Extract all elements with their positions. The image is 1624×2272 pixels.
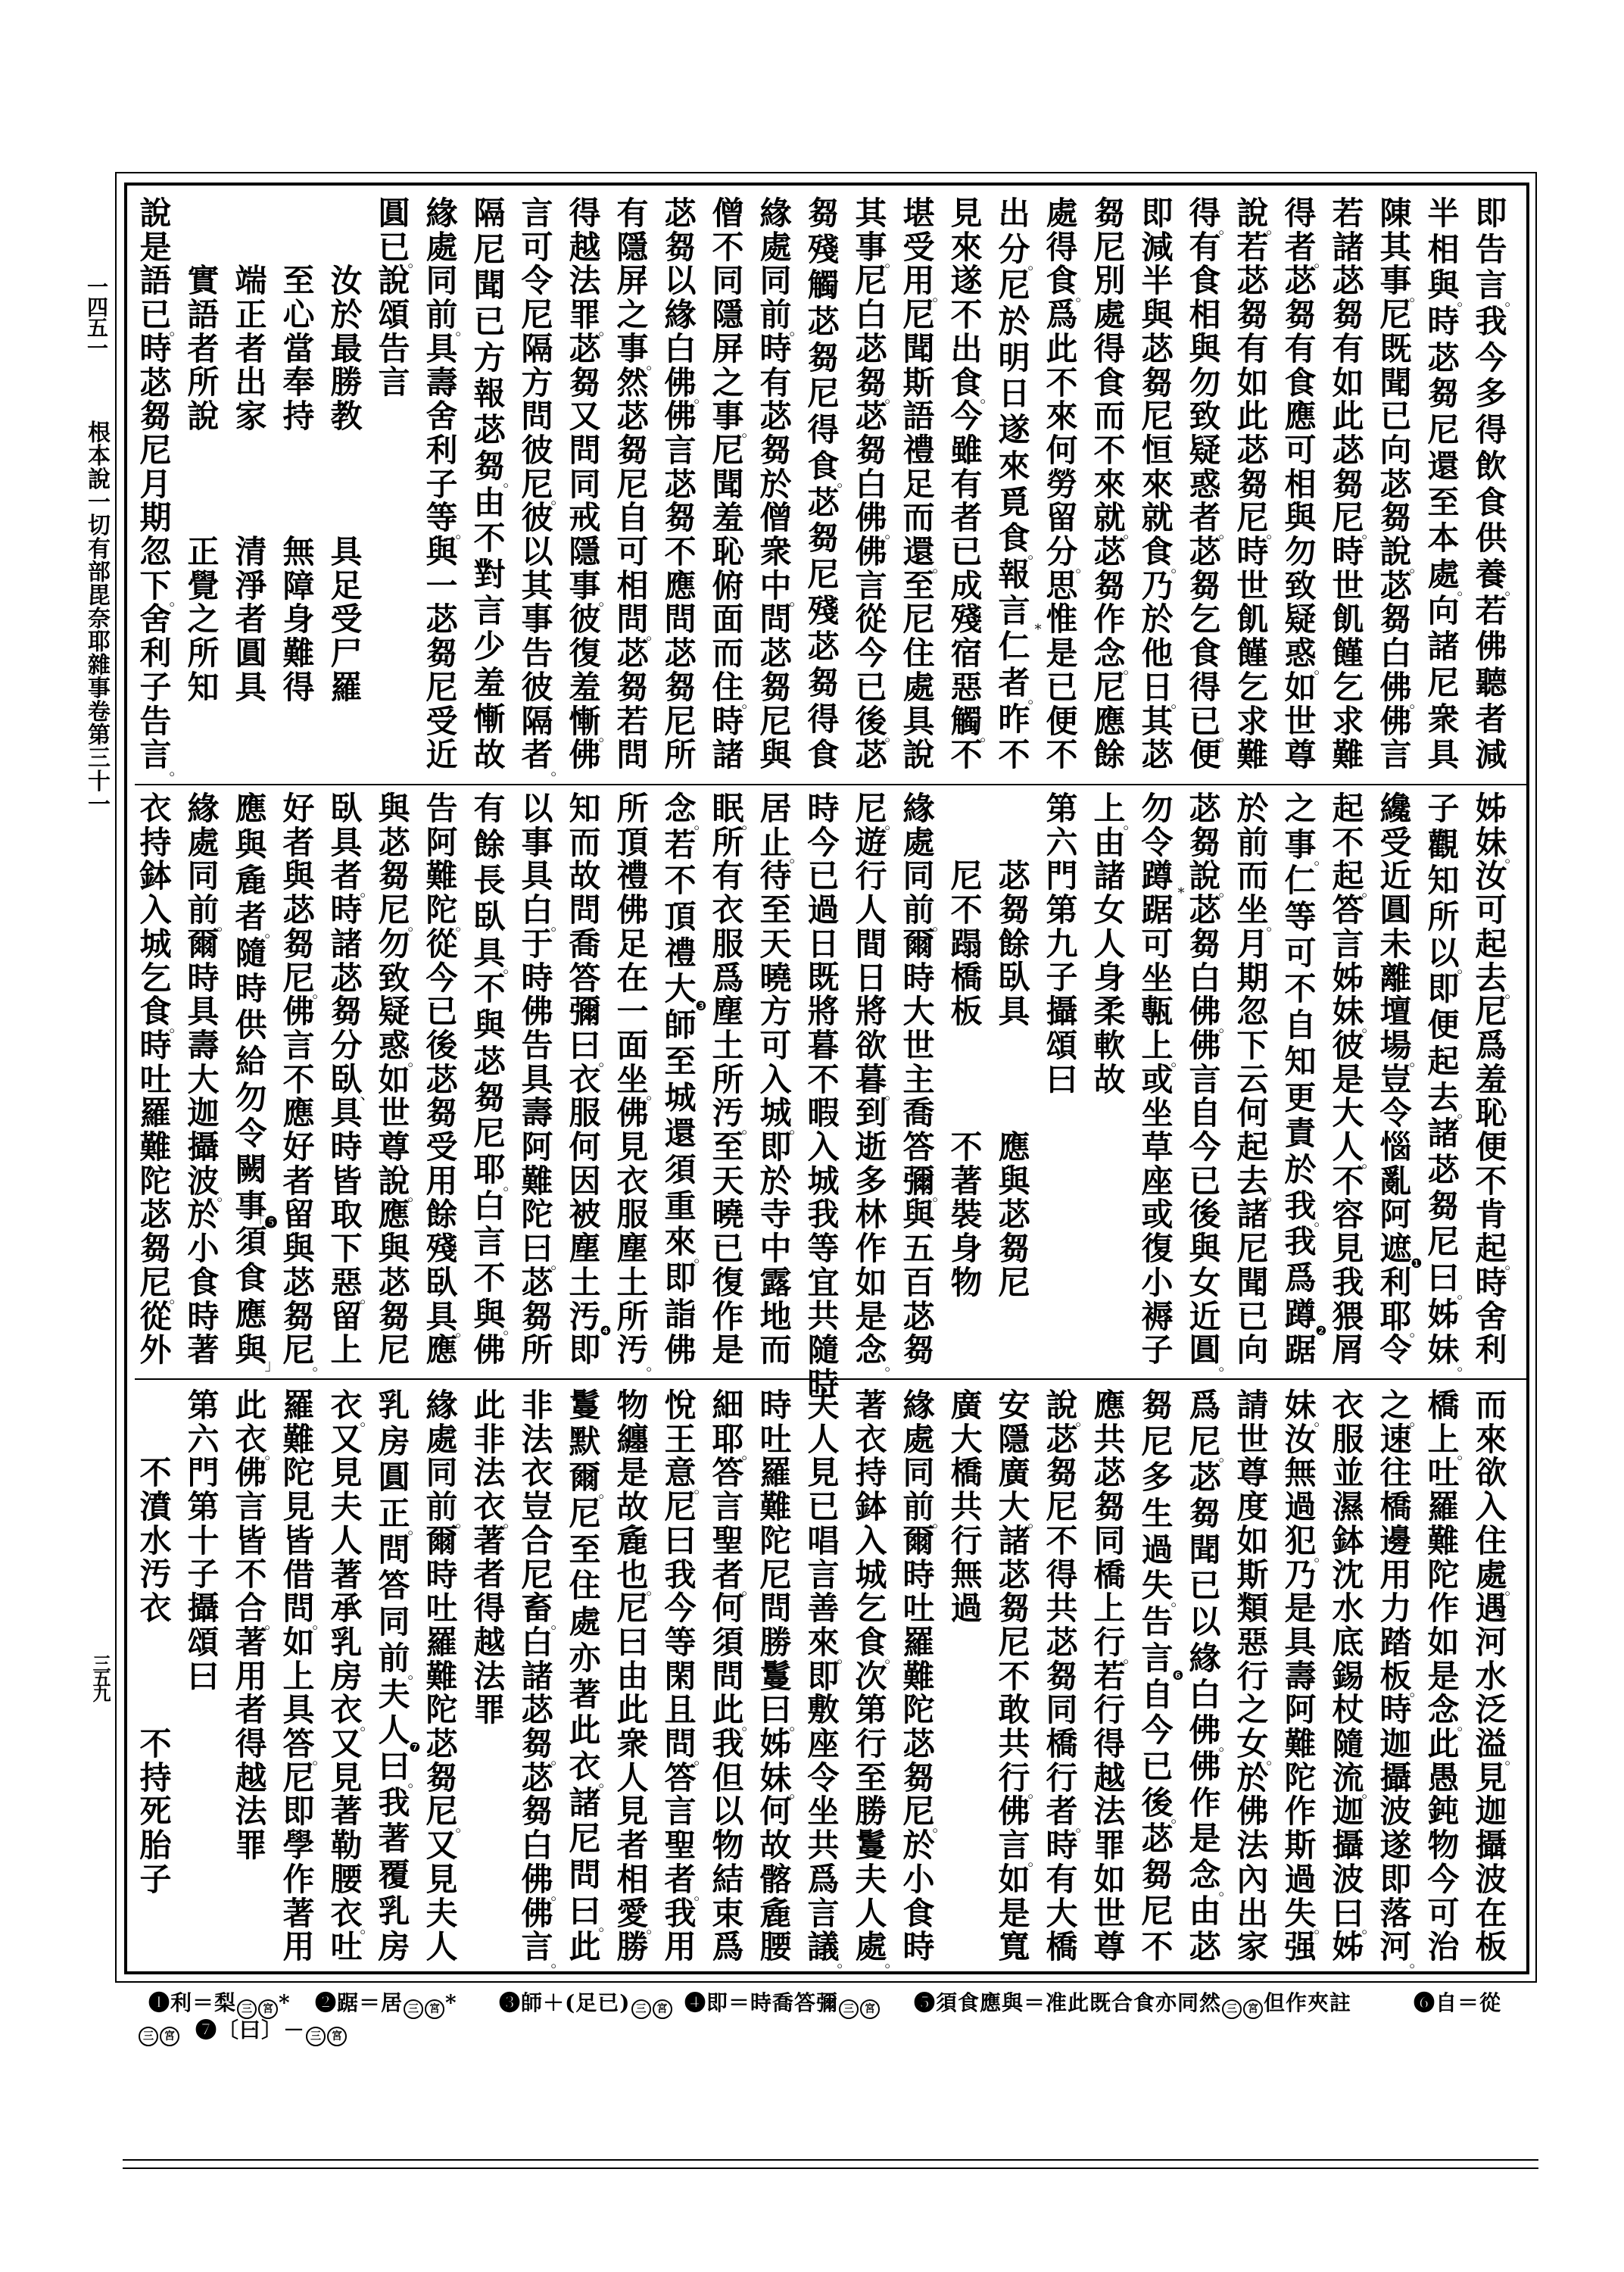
character: 阿	[520, 1131, 555, 1165]
text-column: 處得食。爲此不來何勞留分。思惟是已便不	[1038, 197, 1086, 772]
character: 佛	[854, 535, 889, 570]
character: 下	[329, 1232, 364, 1266]
character: 如	[377, 1063, 412, 1097]
character: 苾	[759, 637, 793, 671]
blank-cell	[234, 468, 269, 502]
character: 緣	[186, 792, 221, 826]
text-column: 此非法衣。著者得越法罪	[466, 1389, 513, 1965]
character: 彌。	[902, 1165, 937, 1199]
character: 方	[472, 342, 507, 376]
character: 女。	[1236, 1727, 1270, 1762]
character: 故	[759, 1829, 793, 1863]
character: 宿	[949, 637, 984, 671]
character: 問	[663, 603, 698, 637]
text-column: 緣處同前。時有苾芻於僧衆中。問苾芻尼與	[752, 197, 800, 772]
character: 乞	[1188, 603, 1223, 637]
character: 妹。	[1474, 826, 1509, 860]
character: 可	[1140, 928, 1175, 962]
character: 時	[1045, 1829, 1080, 1863]
character: 越	[1093, 1762, 1127, 1796]
character: 隔	[520, 705, 555, 739]
character: 苾	[997, 860, 1032, 894]
text-column: 於前而坐。月期忽下云何起去。諸尼聞已向	[1229, 792, 1276, 1368]
character: 遂	[997, 414, 1032, 448]
character: 曰。	[759, 1693, 793, 1727]
character: 房	[377, 1425, 412, 1459]
character: 忽	[139, 535, 173, 570]
character: 家	[234, 400, 269, 434]
punctuation-mark: 。	[170, 762, 185, 777]
character: 即	[1474, 197, 1509, 231]
character: 出	[1236, 1897, 1270, 1931]
character: 圓	[377, 197, 412, 231]
character: 與。	[1426, 269, 1461, 303]
character: 有	[1283, 332, 1318, 367]
character: 已	[425, 995, 460, 1029]
character: 殘	[425, 1232, 460, 1266]
character: 已	[1379, 400, 1414, 434]
character: 法	[568, 264, 603, 298]
character: 妹。	[759, 1762, 793, 1796]
character: 衣	[616, 1165, 650, 1199]
character: 具	[329, 1097, 364, 1131]
character: 何	[1045, 434, 1080, 468]
character: 塵	[568, 1232, 603, 1266]
character: 饉	[1331, 637, 1366, 671]
character: 以	[520, 792, 555, 826]
blank-cell	[139, 1423, 173, 1457]
page-number: 三五九	[89, 1654, 111, 1699]
character: 議。	[806, 1930, 841, 1965]
character: 耶。	[1379, 1300, 1414, 1334]
character: 尼	[902, 603, 937, 637]
character: 無	[949, 1558, 984, 1592]
character: 或	[1140, 1063, 1175, 1097]
character: 向	[1379, 434, 1414, 468]
character: 不	[663, 535, 698, 570]
character: 後。	[854, 705, 889, 739]
character: 至	[902, 570, 937, 604]
character: 麁	[234, 864, 269, 898]
character: 今	[1474, 342, 1509, 376]
character: 板	[949, 995, 984, 1029]
character: 生	[1140, 1497, 1175, 1531]
character: 雖	[949, 434, 984, 468]
character: 聞	[1188, 1534, 1223, 1568]
character: 軟	[1093, 1029, 1127, 1063]
character: 由	[1093, 826, 1127, 860]
character: 苾	[1188, 894, 1223, 928]
character: 其	[1140, 705, 1175, 739]
character: 諸	[997, 1525, 1032, 1559]
blank-cell	[186, 197, 221, 231]
character: 著	[854, 1389, 889, 1423]
character: 惑。	[377, 1029, 412, 1063]
character: 宜	[806, 1266, 841, 1300]
character: 人。	[1331, 1131, 1366, 1165]
character: 言。	[1474, 269, 1509, 303]
character: 減	[1474, 738, 1509, 772]
character: 此	[568, 1714, 603, 1748]
character: 白	[520, 1829, 555, 1863]
text-column: 見來遂不出食。今雖有者已成殘宿惡觸。不	[943, 197, 990, 772]
blank-cell	[997, 1063, 1032, 1097]
character: 苾	[1379, 468, 1414, 502]
character: 佛	[616, 1097, 650, 1131]
character: 房	[377, 1930, 412, 1965]
character: 之	[1236, 1693, 1270, 1727]
character: 城	[663, 1081, 698, 1116]
character: 勿	[234, 1081, 269, 1116]
character: 將	[854, 995, 889, 1029]
character: 作	[1188, 1787, 1223, 1821]
character: 豈	[520, 1490, 555, 1525]
character: 攝	[1474, 1829, 1509, 1863]
character: 曰。	[568, 1029, 603, 1063]
character: 等。	[425, 501, 460, 535]
character: 橋	[949, 1456, 984, 1490]
character: 與	[1283, 501, 1318, 535]
character: 有	[949, 468, 984, 502]
character: 得	[1093, 1727, 1127, 1762]
character: 已。	[1188, 705, 1223, 739]
character: 失。	[1283, 1897, 1318, 1931]
character: 住	[902, 637, 937, 671]
character: 皆	[234, 1525, 269, 1559]
character: 之	[186, 603, 221, 637]
character: 白。	[520, 894, 555, 928]
character: 取	[329, 1198, 364, 1232]
character: 出	[997, 197, 1032, 231]
character: 苾	[1426, 342, 1461, 376]
character: 越	[568, 231, 603, 265]
character: 者。	[711, 1559, 746, 1593]
character: 即	[663, 1262, 698, 1296]
character: 餘	[472, 829, 507, 863]
character: 緣	[425, 197, 460, 231]
character: 覆	[377, 1858, 412, 1893]
text-column: 臥具者。時諸苾芻分臥、具時皆取下惡。留上	[323, 792, 370, 1368]
character: 諸	[1236, 1198, 1270, 1232]
character: 上。	[1093, 792, 1127, 826]
character: 場。	[1379, 1029, 1414, 1063]
character: 上	[329, 1334, 364, 1368]
character: 乞	[139, 962, 173, 996]
character: 惡	[949, 671, 984, 705]
character: 汚	[568, 1300, 603, 1334]
character: 遇	[1474, 1592, 1509, 1626]
character: 沈	[1331, 1559, 1366, 1593]
character: 姊	[1331, 962, 1366, 996]
character: 止。	[759, 826, 793, 860]
register-bottom: 而來欲入住處。遇河水泛溢。見迦攝波在板 橋上。吐羅難陀作如是念。此愚鈍物今可治 …	[132, 1389, 1515, 1965]
character: 答	[902, 1131, 937, 1165]
character: 世	[1236, 570, 1270, 604]
character: 房	[329, 1660, 364, 1694]
verse-column: 不濆水汚衣不持死胎子	[132, 1389, 179, 1965]
character: 已	[1140, 1750, 1175, 1784]
character: 芻。	[520, 1727, 555, 1762]
character: 苾	[1331, 434, 1366, 468]
character: 得	[568, 197, 603, 231]
character: 見	[329, 1456, 364, 1490]
character: 肯	[1474, 1198, 1509, 1232]
blank-cell	[997, 792, 1032, 826]
text-column: 得。有食相與勿致疑惑者。苾芻乞食得已。便	[1181, 197, 1229, 772]
character: 芻	[520, 1300, 555, 1334]
blank-cell	[282, 434, 316, 468]
character: 芻	[377, 1300, 412, 1334]
character: 有	[1236, 332, 1270, 367]
character: 佛	[520, 1897, 555, 1931]
character: 苾	[329, 962, 364, 996]
character: 者。	[1188, 501, 1223, 535]
character: 尼	[854, 264, 889, 298]
character: 仁	[1283, 864, 1318, 898]
character: 苾	[1236, 264, 1270, 298]
character: 忽	[1236, 995, 1270, 1029]
character: 天	[759, 928, 793, 962]
character: 大	[1045, 1897, 1080, 1931]
character: 同	[568, 468, 603, 502]
character: 念。	[1188, 1858, 1223, 1893]
character: 是	[711, 1334, 746, 1368]
blank-cell	[139, 1626, 173, 1660]
character: 至	[282, 264, 316, 298]
character: 以。	[1426, 937, 1461, 971]
character: 佛	[1188, 1750, 1223, 1784]
character: 于	[520, 928, 555, 962]
character: 芻	[806, 197, 841, 231]
character: 以	[520, 535, 555, 570]
character: 此	[568, 1930, 603, 1965]
character: 芻	[139, 1232, 173, 1266]
character: 聖	[663, 1829, 698, 1863]
character: 念。	[1093, 637, 1127, 671]
text-column: 應與麁者。隨時供給勿令闕事。須「❺食應與」	[227, 792, 275, 1368]
character: 一	[616, 995, 650, 1029]
character: 長	[472, 864, 507, 898]
character: 時	[329, 1131, 364, 1165]
edition-mark-icon: 三	[631, 1999, 651, 2019]
character: 羅	[425, 1626, 460, 1660]
blank-cell	[949, 1097, 984, 1131]
character: 著	[186, 1334, 221, 1368]
character: 尼	[1474, 995, 1509, 1029]
character: 尼	[1140, 1425, 1175, 1459]
character: 食	[234, 1262, 269, 1296]
character: 我	[806, 1198, 841, 1232]
character: 仁*	[997, 630, 1032, 664]
character: 子	[139, 671, 173, 705]
character: 如	[1426, 1626, 1461, 1660]
character: 芻	[1379, 603, 1414, 637]
character: 緣	[425, 1389, 460, 1423]
character: 尼	[997, 1626, 1032, 1660]
blank-cell	[329, 501, 364, 535]
character: 法	[1093, 1795, 1127, 1829]
character: 人	[1093, 928, 1127, 962]
character: 苾	[282, 1266, 316, 1300]
character: 具	[234, 671, 269, 705]
character: 等	[663, 1626, 698, 1660]
character: 作	[1283, 1795, 1318, 1829]
character: 不	[1331, 826, 1366, 860]
character: 水	[1474, 1660, 1509, 1694]
text-column: 非法衣豈合尼畜。白諸苾芻。苾芻白佛。佛言。	[513, 1389, 561, 1965]
punctuation-mark: 。	[313, 1357, 328, 1372]
character: 屏	[711, 332, 746, 367]
character: 苾	[1188, 792, 1223, 826]
character: 爾	[425, 1525, 460, 1559]
character: 作	[854, 1232, 889, 1266]
character: 物	[949, 1266, 984, 1300]
character: 土	[568, 1266, 603, 1300]
text-column: 得者。苾芻有食應可相與勿致疑惑。如世尊	[1276, 197, 1324, 772]
character: 佛	[663, 1334, 698, 1368]
character: 告	[1140, 1606, 1175, 1640]
character: 時	[234, 972, 269, 1006]
character: 過	[1140, 1534, 1175, 1568]
character: 事	[520, 826, 555, 860]
character: 得	[234, 1727, 269, 1762]
character: 具	[902, 705, 937, 739]
character: 有	[759, 367, 793, 401]
character: 具	[186, 995, 221, 1029]
character: 至	[568, 1534, 603, 1568]
text-column: 緣處同前。爾時大世主喬答彌。與五百苾芻	[895, 792, 943, 1368]
character: 是	[854, 1300, 889, 1334]
character: 惑。	[1283, 637, 1318, 671]
character: 見	[949, 197, 984, 231]
character: 臥、	[329, 1063, 364, 1097]
character: 苾	[663, 468, 698, 502]
text-column: 若諸苾芻有如此苾芻尼。時世飢饉乞求難	[1324, 197, 1372, 772]
character: 愚	[1426, 1762, 1461, 1796]
character: 減	[1140, 231, 1175, 265]
character: 入	[806, 1131, 841, 1165]
character: 苾	[1188, 1930, 1223, 1965]
character: 告	[425, 792, 460, 826]
character: 此	[1236, 400, 1270, 434]
character: 者。	[329, 860, 364, 894]
character: 前。	[902, 1490, 937, 1525]
character: 我	[1283, 1225, 1318, 1259]
character: 多	[1140, 1461, 1175, 1495]
character: 欲	[1474, 1456, 1509, 1490]
character: 復	[711, 1266, 746, 1300]
character: 食。	[854, 1626, 889, 1660]
character: 致	[1283, 570, 1318, 604]
character: 佛	[1474, 630, 1509, 664]
character: 事。	[1283, 829, 1318, 863]
character: 於	[1140, 603, 1175, 637]
character: 我	[711, 1727, 746, 1762]
blank-cell	[186, 434, 221, 468]
register-middle: 姊妹。汝可起去。尼爲羞恥便不肯起。時舍利 子觀知所以。即便起去。諸苾芻尼曰。姊妹…	[132, 792, 1515, 1368]
character: 不	[472, 522, 507, 556]
character: 若	[1474, 595, 1509, 629]
character: 斯	[1236, 1559, 1270, 1593]
character: 時	[1474, 1266, 1509, 1300]
character: 隱	[616, 231, 650, 265]
character: 持	[282, 400, 316, 434]
text-column: 緣處同前。具壽舍利子等。與一苾芻尼受近	[418, 197, 466, 772]
character: 芻	[854, 434, 889, 468]
character: 難	[282, 637, 316, 671]
character: 佛。	[1188, 1714, 1223, 1748]
character: 也。	[616, 1559, 650, 1593]
character: 苾	[616, 400, 650, 434]
character: 去。	[1236, 1165, 1270, 1199]
character: 迦	[1379, 1727, 1414, 1762]
character: 攝	[1379, 1762, 1414, 1796]
character: 而	[759, 1334, 793, 1368]
character: 愛。	[616, 1897, 650, 1931]
character: 向	[1426, 595, 1461, 629]
text-column: 而來欲入住處。遇河水泛溢。見迦攝波在板	[1467, 1389, 1515, 1965]
character: 等	[1283, 900, 1318, 935]
character: 衣	[520, 1456, 555, 1490]
character: 而	[568, 826, 603, 860]
character: 門	[186, 1456, 221, 1490]
character: 難	[1331, 738, 1366, 772]
character: 爾	[186, 928, 221, 962]
blank-cell	[186, 501, 221, 535]
character: 芻	[329, 995, 364, 1029]
character: 羅	[139, 1097, 173, 1131]
character: 苾	[377, 1266, 412, 1300]
character: 難	[520, 1165, 555, 1199]
character: 者	[186, 332, 221, 367]
character: 念。	[854, 1334, 889, 1368]
character: 見	[425, 1863, 460, 1897]
character: 尼	[616, 1592, 650, 1626]
character: 受	[902, 231, 937, 265]
character: 陀	[425, 1693, 460, 1727]
character: 姊	[1426, 1298, 1461, 1332]
character: 已	[711, 1232, 746, 1266]
character: 罪	[1093, 1829, 1127, 1863]
character: 苾	[568, 332, 603, 367]
verse-column: 實語者所說正覺之所知	[179, 197, 227, 772]
character: 難	[425, 1660, 460, 1694]
character: 勞	[1045, 468, 1080, 502]
character: 障	[282, 570, 316, 604]
character: 夫	[854, 1863, 889, 1897]
character: 芻	[806, 342, 841, 376]
character: 白	[520, 1626, 555, 1660]
text-column: 應共苾芻同橋上行。若行得越法罪如世尊	[1086, 1389, 1133, 1965]
character: 鉢	[1331, 1525, 1366, 1559]
register-top: 即告言。我今多得飲食供養。若佛聽者減 半相與。時苾芻尼還至本處。向諸尼衆具 陳其…	[132, 197, 1515, 772]
character: 若	[1236, 231, 1270, 265]
character: 城	[854, 1559, 889, 1593]
character: 芻	[139, 400, 173, 434]
character: 衣。	[234, 1423, 269, 1457]
text-column: 眠。所有衣服爲塵土所汚。至天曉已復作是	[704, 792, 752, 1368]
character: 應	[663, 570, 698, 604]
character: 觸	[806, 269, 841, 303]
character: 責	[1283, 1117, 1318, 1151]
character: 後。	[1140, 1787, 1175, 1821]
character: 流。	[1331, 1762, 1366, 1796]
text-column: 爲尼。苾芻聞已以緣白佛。佛作是念。由苾	[1181, 1389, 1229, 1965]
character: 由	[616, 1660, 650, 1694]
note-marker: ❷	[1315, 1325, 1326, 1338]
verse-column: 至心當奉持無障身難得	[275, 197, 323, 772]
character: 爲	[806, 1863, 841, 1897]
